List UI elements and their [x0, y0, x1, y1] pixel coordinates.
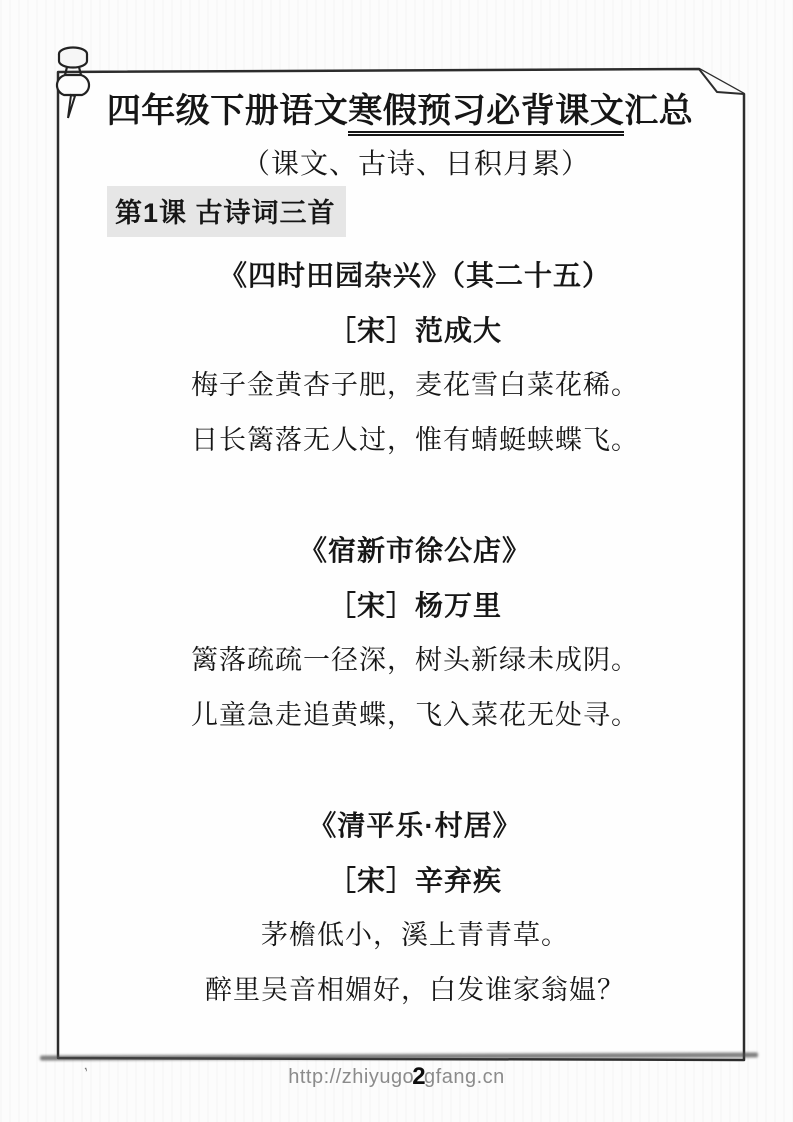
poem-line: 茅檐低小，溪上青青草。 [87, 908, 743, 963]
poem-line: 儿童急走追黄蝶，飞入菜花无处寻。 [87, 688, 743, 743]
poem-line: 醉里吴音相媚好，白发谁家翁媪？ [87, 963, 743, 1018]
title-suffix-text: 汇总 [624, 92, 693, 130]
poem-title: 《宿新市徐公店》 [87, 523, 743, 578]
lesson-1-header: 第1课 古诗词三首 [107, 186, 346, 237]
poem-line: 篱落疏疏一径深，树头新绿未成阴。 [87, 633, 743, 688]
poem-line: 梅子金黄杏子肥，麦花雪白菜花稀。 [87, 358, 743, 413]
poem-line: 日长篱落无人过，惟有蜻蜓蛱蝶飞。 [87, 413, 743, 468]
footer-url: http://zhiyugo2gfang.cn [0, 1063, 793, 1091]
poem-1: 《四时田园杂兴》（其二十五） ［宋］范成大 梅子金黄杏子肥，麦花雪白菜花稀。 日… [87, 248, 743, 468]
page-subtitle: （课文、古诗、日积月累） [57, 142, 743, 182]
title-underlined-text: 寒假预习必背课文 [348, 92, 624, 136]
poem-author: ［宋］杨万里 [87, 578, 743, 633]
poem-list: 《四时田园杂兴》（其二十五） ［宋］范成大 梅子金黄杏子肥，麦花雪白菜花稀。 日… [57, 248, 743, 1073]
poem-author: ［宋］辛弃疾 [87, 853, 743, 908]
poem-author: ［宋］范成大 [87, 303, 743, 358]
poem-title: 《清平乐·村居》 [87, 798, 743, 853]
footer-url-suffix-text: gfang.cn [424, 1066, 505, 1088]
footer-url-prefix-text: http://zhiyugo [288, 1066, 414, 1088]
paper-content: 四年级下册语文寒假预习必背课文汇总 （课文、古诗、日积月累） 第1课 古诗词三首… [57, 70, 743, 1058]
poem-2: 《宿新市徐公店》 ［宋］杨万里 篱落疏疏一径深，树头新绿未成阴。 儿童急走追黄蝶… [87, 523, 743, 743]
title-prefix-text: 四年级下册语文 [107, 92, 349, 130]
poem-3: 《清平乐·村居》 ［宋］辛弃疾 茅檐低小，溪上青青草。 醉里吴音相媚好，白发谁家… [87, 798, 743, 1018]
page-title: 四年级下册语文寒假预习必背课文汇总 [57, 83, 743, 132]
scanned-document-page: 四年级下册语文寒假预习必背课文汇总 （课文、古诗、日积月累） 第1课 古诗词三首… [0, 0, 793, 1122]
poem-title: 《四时田园杂兴》（其二十五） [87, 248, 743, 303]
